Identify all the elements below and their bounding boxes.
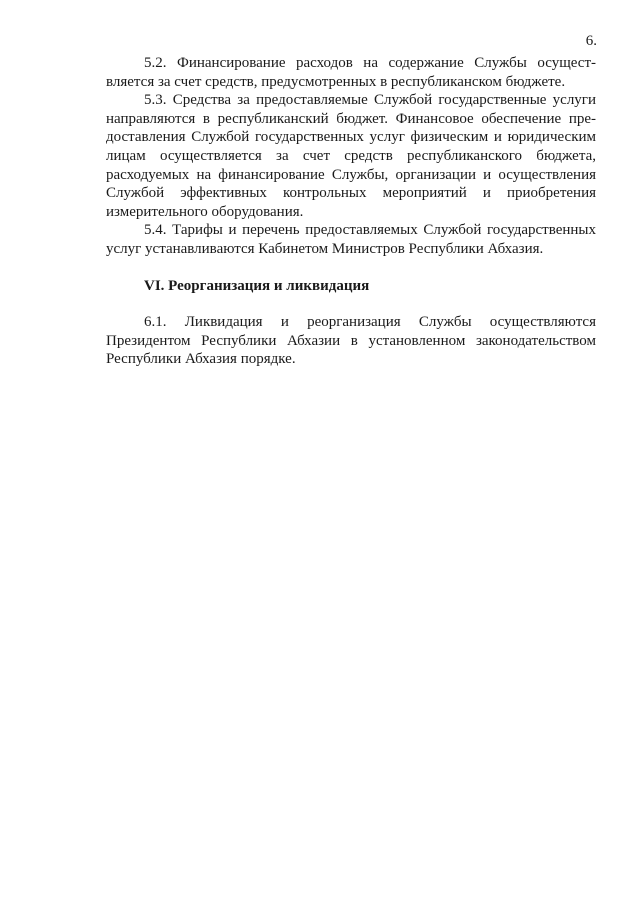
text-line: Президентом Республики Абхазии в установ… [106, 332, 596, 351]
text-line: 5.3. Средства за предоставляемые Службой… [106, 91, 596, 110]
paragraph-6-1: 6.1. Ликвидация и реорганизация Службы о… [106, 313, 596, 369]
text-line: лицам осуществляется за счет средств рес… [106, 147, 596, 166]
page-number: 6. [560, 33, 597, 50]
text-line: измерительного оборудования. [106, 203, 596, 222]
document-body: 5.2. Финансирование расходов на содержан… [106, 54, 596, 369]
text-line: Республики Абхазия порядке. [106, 350, 596, 369]
section-heading: VI. Реорганизация и ликвидация [106, 277, 596, 296]
text-line: 5.2. Финансирование расходов на содержан… [106, 54, 596, 73]
text-line: Службой эффективных контрольных мероприя… [106, 184, 596, 203]
text-line: направляются в республиканский бюджет. Ф… [106, 110, 596, 129]
text-line: услуг устанавливаются Кабинетом Министро… [106, 240, 596, 259]
text-line: вляется за счет средств, предусмотренных… [106, 73, 596, 92]
text-line: доставления Службой государственных услу… [106, 128, 596, 147]
text-line: 6.1. Ликвидация и реорганизация Службы о… [106, 313, 596, 332]
paragraph-5-2: 5.2. Финансирование расходов на содержан… [106, 54, 596, 91]
paragraph-5-4: 5.4. Тарифы и перечень предоставляемых С… [106, 221, 596, 258]
text-line: 5.4. Тарифы и перечень предоставляемых С… [106, 221, 596, 240]
text-line: расходуемых на финансирование Службы, ор… [106, 166, 596, 185]
paragraph-5-3: 5.3. Средства за предоставляемые Службой… [106, 91, 596, 221]
